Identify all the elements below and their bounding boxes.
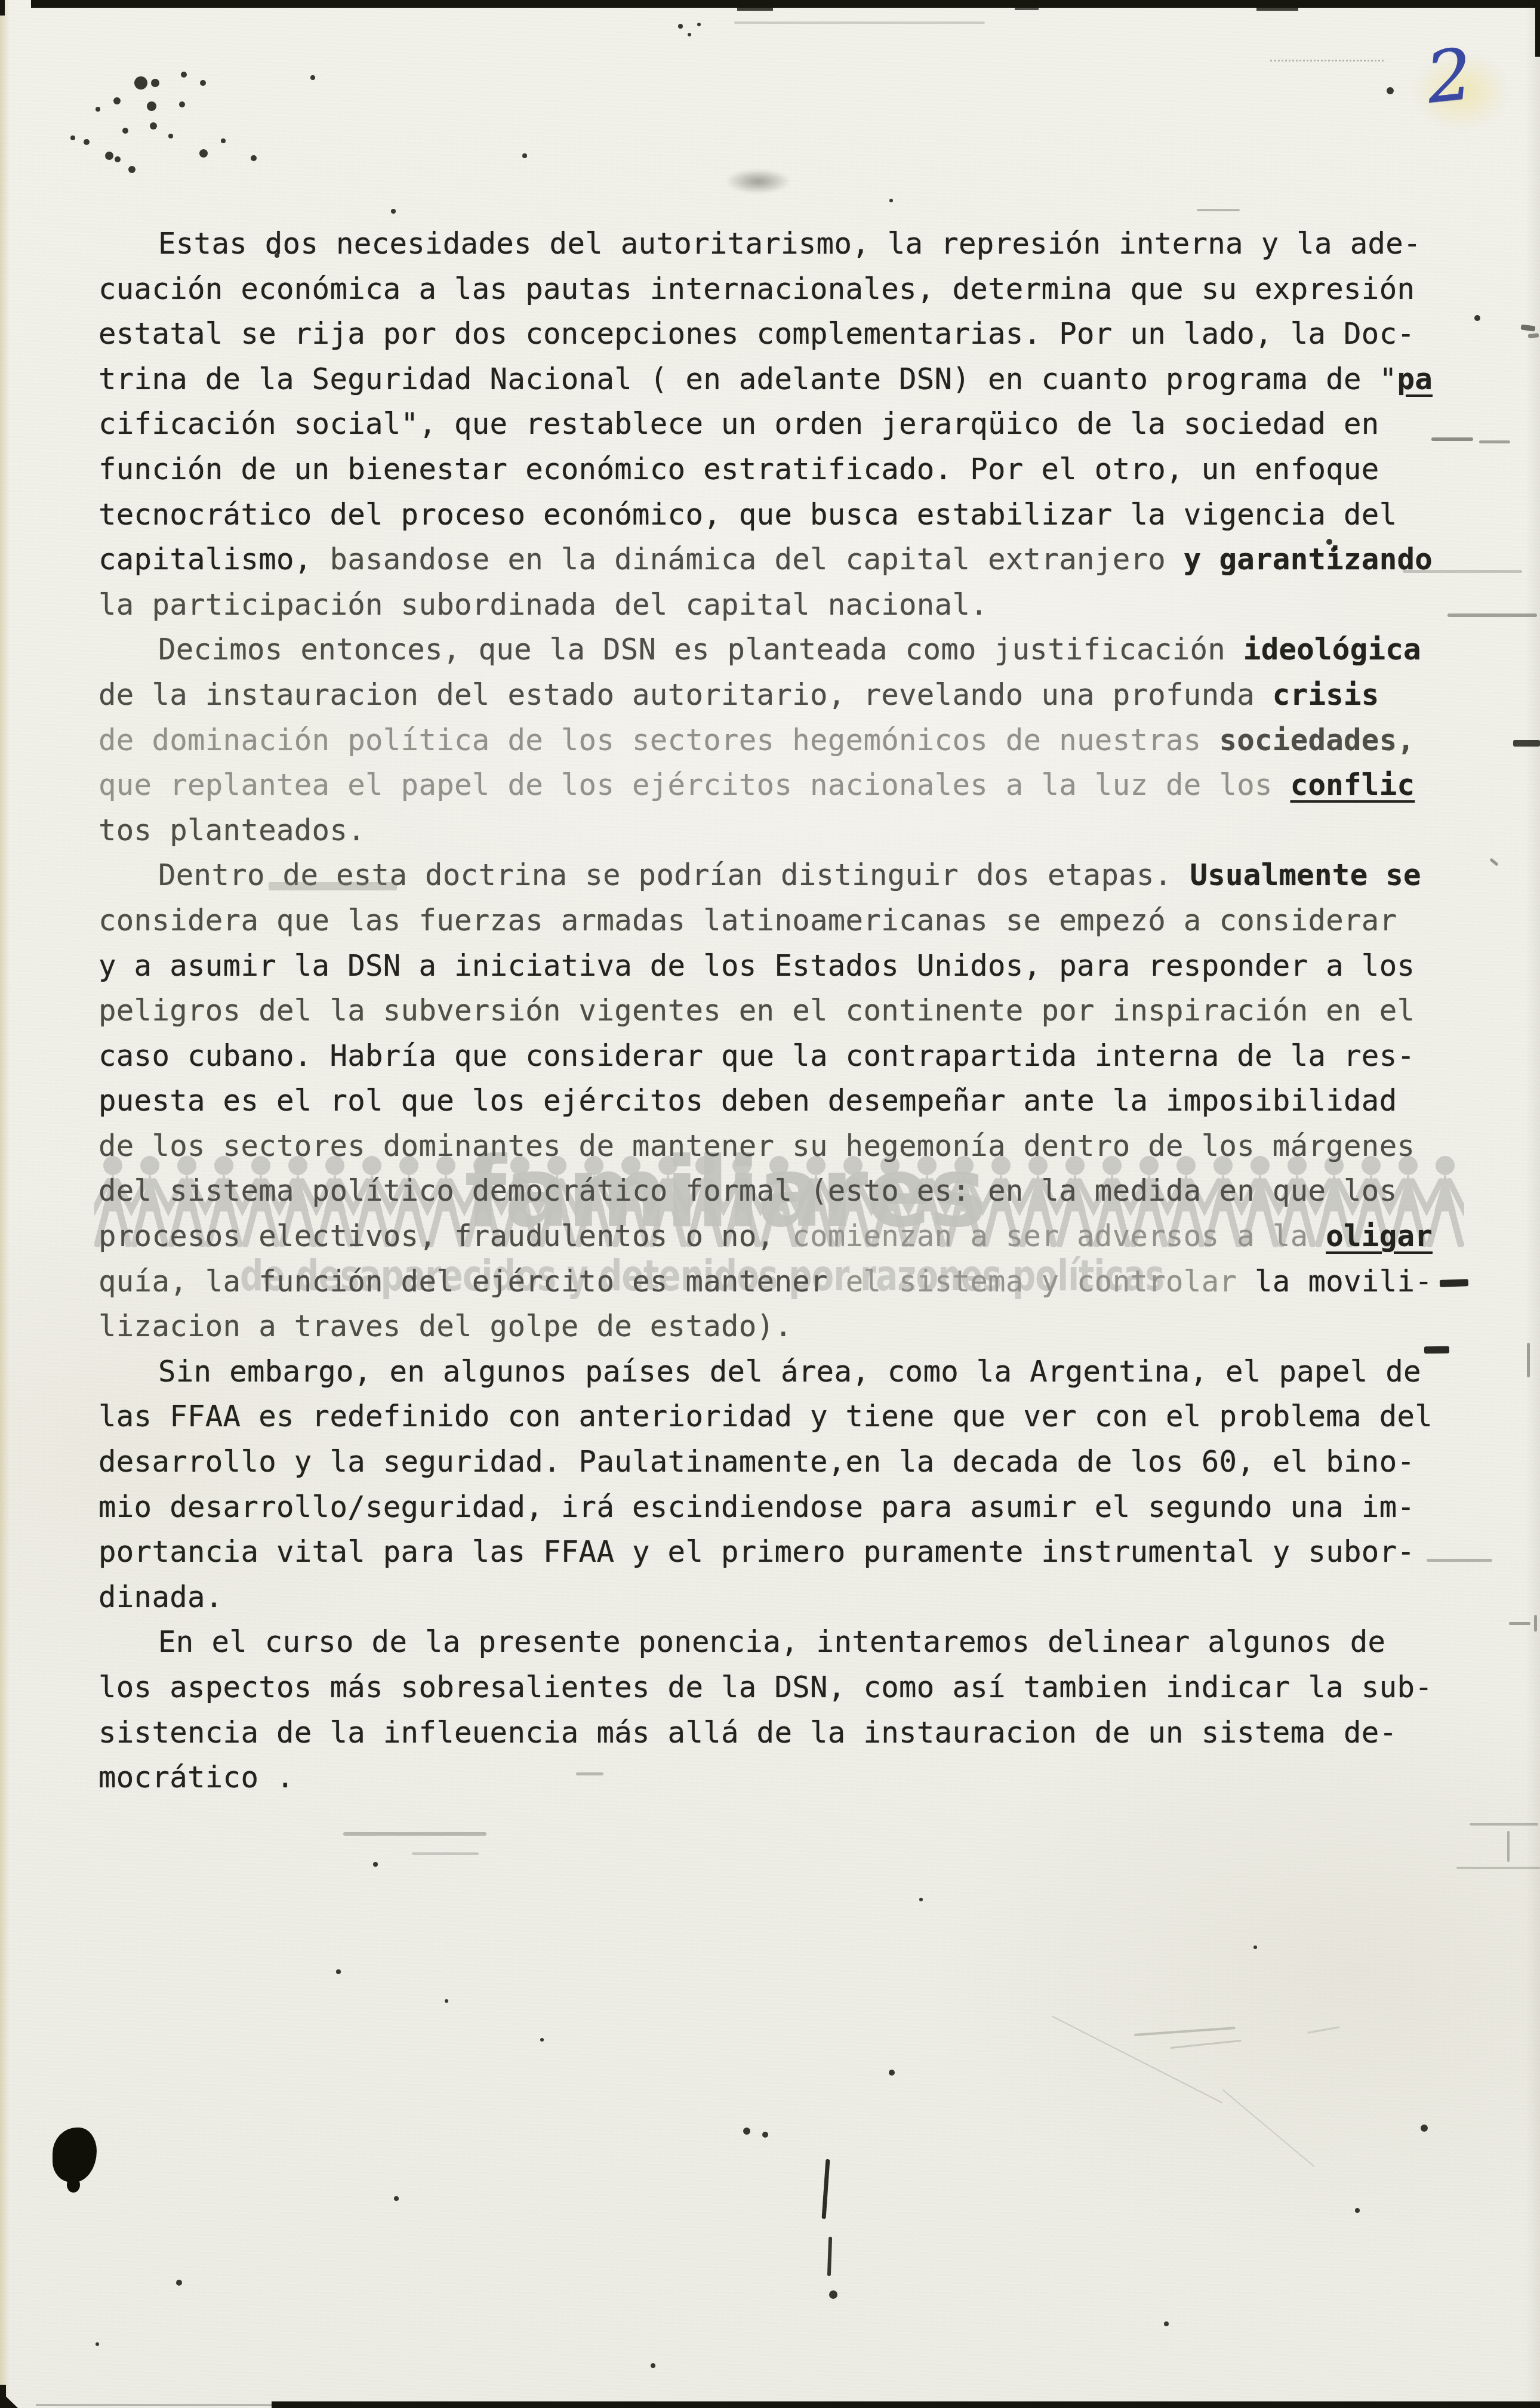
scan-edge-tint-left [0, 0, 10, 2408]
text-segment: cuación económica a las pautas internaci… [98, 272, 1415, 306]
typewritten-line: puesta es el rol que los ejércitos deben… [98, 1078, 1465, 1124]
text-segment: puesta es el rol que los ejércitos deben… [98, 1084, 1397, 1118]
text-segment: y garantizando [1184, 542, 1433, 576]
text-segment: pa [1397, 362, 1433, 396]
text-segment: de la instauracion del estado autoritari… [98, 678, 1273, 712]
typewritten-line: procesos electivos, fraudulentos o no, c… [98, 1214, 1465, 1259]
scan-edge-right-notch [1535, 0, 1540, 57]
scan-edge-bottom [272, 2401, 1540, 2408]
text-segment: las FFAA es redefinido con anterioridad … [98, 1399, 1433, 1433]
page-corner-fold [0, 2391, 18, 2408]
text-segment: el sistema y controlar [846, 1265, 1255, 1299]
text-segment: y a asumir la DSN a iniciativa de los Es… [98, 949, 1415, 983]
text-segment: mocrático . [98, 1760, 294, 1795]
text-segment: de los sectores dominantes de mantener s… [98, 1129, 1415, 1163]
typewritten-line: Dentro de esta doctrina se podrían disti… [98, 853, 1465, 898]
scanned-document-page: familiares de desaparecidos y detenidos … [0, 0, 1540, 2408]
text-segment: Decimos entonces, que la DSN es plantead… [158, 633, 1243, 667]
text-segment: Estas dos necesidades del autoritarismo,… [158, 227, 1421, 261]
typewritten-line: portancia vital para las FFAA y el prime… [98, 1530, 1465, 1575]
typewritten-line: considera que las fuerzas armadas latino… [98, 898, 1465, 944]
typewritten-line: y a asumir la DSN a iniciativa de los Es… [98, 944, 1465, 989]
text-segment: sistencia de la infleuencia más allá de … [98, 1716, 1397, 1750]
typewritten-line: estatal se rija por dos concepciones com… [98, 312, 1465, 357]
text-segment: portancia vital para las FFAA y el prime… [98, 1535, 1415, 1569]
typewritten-line: que replantea el papel de los ejércitos … [98, 763, 1465, 808]
text-segment: Sin embargo, en algunos países del área,… [158, 1355, 1421, 1389]
typewritten-line: los aspectos más sobresalientes de la DS… [98, 1665, 1465, 1710]
typewritten-line: caso cubano. Habría que considerar que l… [98, 1034, 1465, 1079]
typewritten-line: lizacion a traves del golpe de estado). [98, 1304, 1465, 1349]
scan-edge-left-notch [0, 0, 5, 16]
typewritten-line: la participación subordinada del capital… [98, 582, 1465, 628]
text-segment: lizacion a traves del golpe de estado). [98, 1309, 792, 1343]
text-segment: crisis [1273, 678, 1379, 712]
typewritten-line: sistencia de la infleuencia más allá de … [98, 1710, 1465, 1756]
typewritten-line: las FFAA es redefinido con anterioridad … [98, 1394, 1465, 1439]
typewritten-line: tos planteados. [98, 808, 1465, 853]
text-segment: caso cubano. Habría que considerar que l… [98, 1039, 1415, 1073]
text-segment: desarrollo y la seguridad. Paulatinament… [98, 1445, 1415, 1479]
text-segment: los aspectos más sobresalientes de la DS… [98, 1670, 1433, 1704]
typewritten-line: desarrollo y la seguridad. Paulatinament… [98, 1439, 1465, 1485]
typewritten-line: Estas dos necesidades del autoritarismo,… [98, 221, 1465, 267]
text-segment: la participación subordinada del capital… [98, 588, 988, 622]
text-segment: basandose en la dinámica del capital ext… [329, 542, 1183, 576]
text-segment: de dominación política de los sectores h… [98, 723, 1219, 757]
text-segment: trina de la Seguridad Nacional ( en adel… [98, 362, 1397, 396]
typewritten-line: peligros del la subversión vigentes en e… [98, 988, 1465, 1034]
typewritten-line: cuación económica a las pautas internaci… [98, 267, 1465, 312]
text-segment: ideológica [1243, 633, 1421, 667]
scan-edge-tint-right [1526, 0, 1540, 2408]
typewritten-line: Sin embargo, en algunos países del área,… [98, 1349, 1465, 1395]
text-segment: capitalismo, [98, 542, 329, 576]
text-segment: comienzan a ser adversos a la [792, 1219, 1326, 1253]
typewritten-line: cificación social", que restablece un or… [98, 402, 1465, 447]
typewritten-line: mocrático . [98, 1755, 1465, 1800]
text-segment: quía, la función del ejército es mantene… [98, 1265, 846, 1299]
text-segment: sociedades, [1219, 723, 1415, 757]
typewritten-line: En el curso de la presente ponencia, int… [98, 1620, 1465, 1665]
typewritten-line: del sistema político democrático formal … [98, 1168, 1465, 1214]
text-segment: Usualmente se [1190, 858, 1421, 892]
typewritten-line: dinada. [98, 1575, 1465, 1620]
text-segment: mio desarrollo/seguridad, irá escindiend… [98, 1490, 1415, 1524]
scan-edge-bump [1015, 8, 1039, 10]
text-segment: función de un bienestar económico estrat… [98, 452, 1379, 486]
typewritten-text-block: Estas dos necesidades del autoritarismo,… [98, 221, 1465, 1800]
typewritten-line: mio desarrollo/seguridad, irá escindiend… [98, 1485, 1465, 1530]
scan-edge-bottom-faint [36, 2404, 272, 2406]
typewritten-line: de los sectores dominantes de mantener s… [98, 1124, 1465, 1169]
text-segment: oligar [1326, 1219, 1433, 1253]
typewritten-line: función de un bienestar económico estrat… [98, 447, 1465, 492]
text-segment: tecnocrático del proceso económico, que … [98, 498, 1397, 532]
scan-edge-top [31, 0, 1540, 8]
text-segment: Dentro de esta doctrina se podrían disti… [158, 858, 1190, 892]
scan-edge-bump [737, 8, 773, 11]
text-segment: dinada. [98, 1580, 223, 1614]
text-segment: cificación social", que restablece un or… [98, 407, 1379, 441]
text-segment: que replantea el papel de los ejércitos … [98, 768, 1290, 802]
typewritten-line: quía, la función del ejército es mantene… [98, 1259, 1465, 1305]
typewritten-line: de dominación política de los sectores h… [98, 718, 1465, 763]
typewritten-line: Decimos entonces, que la DSN es plantead… [98, 627, 1465, 673]
typewritten-line: capitalismo, basandose en la dinámica de… [98, 537, 1465, 582]
text-segment: la movili- [1255, 1265, 1433, 1299]
typewritten-line: de la instauracion del estado autoritari… [98, 673, 1465, 718]
scan-edge-bump [1256, 8, 1298, 11]
text-segment: considera que las fuerzas armadas latino… [98, 904, 1397, 938]
text-segment: En el curso de la presente ponencia, int… [158, 1625, 1385, 1659]
typewritten-line: trina de la Seguridad Nacional ( en adel… [98, 357, 1465, 402]
text-segment: procesos electivos, fraudulentos o no, [98, 1219, 792, 1253]
text-segment: del sistema político democrático formal … [98, 1174, 1397, 1208]
handwritten-page-number: 2 [1422, 32, 1476, 119]
text-segment: tos planteados. [98, 813, 365, 847]
text-segment: estatal se rija por dos concepciones com… [98, 317, 1415, 351]
text-segment: conflic [1290, 768, 1415, 802]
text-segment: peligros del la subversión vigentes en e… [98, 994, 1415, 1028]
typewritten-line: tecnocrático del proceso económico, que … [98, 492, 1465, 538]
